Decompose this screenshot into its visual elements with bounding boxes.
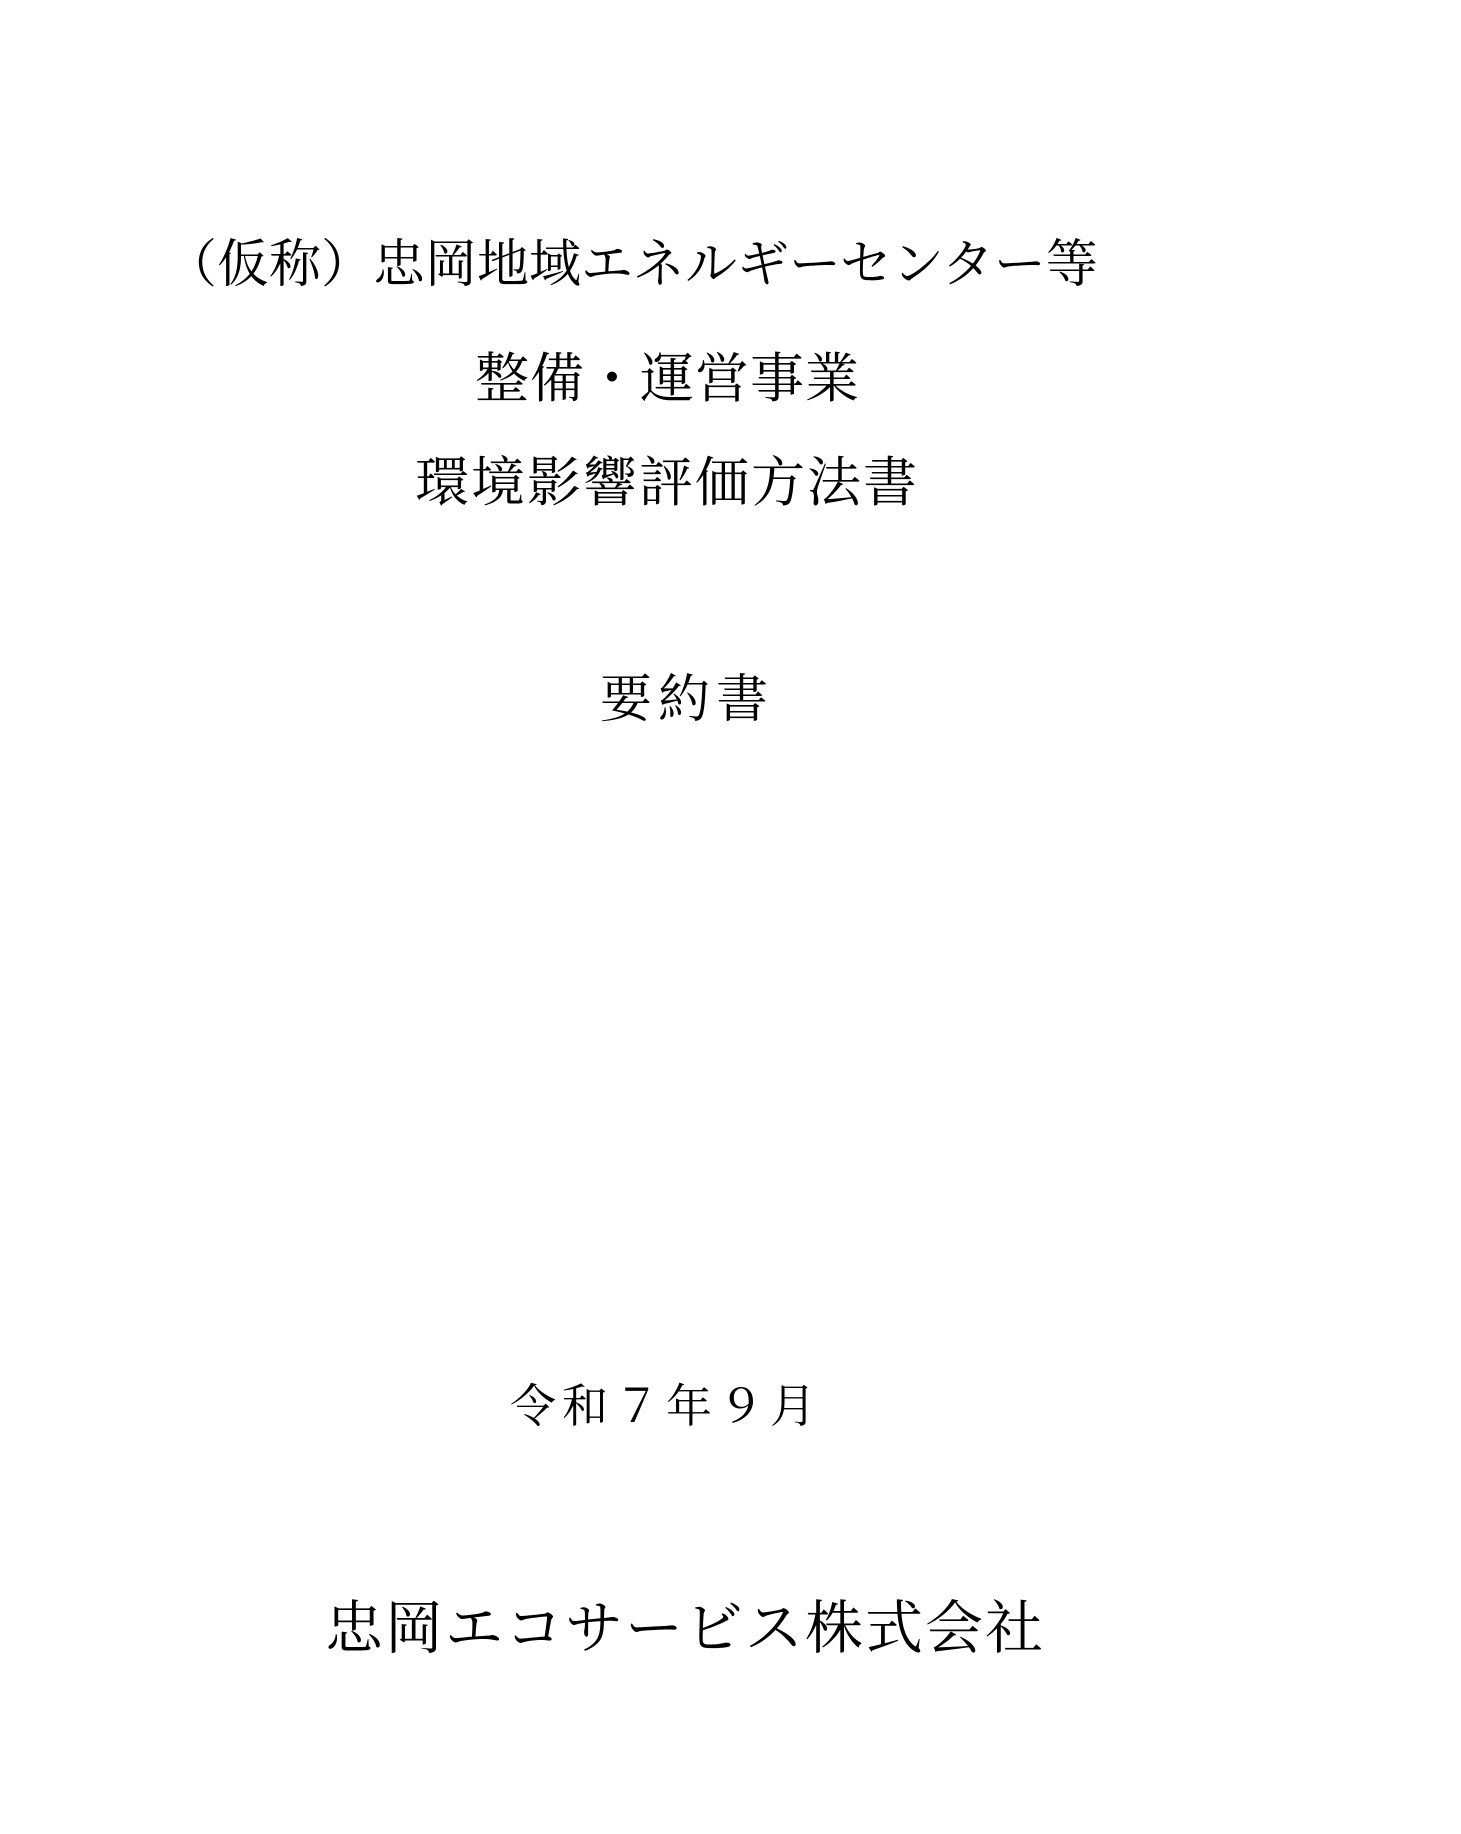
document-title-line-1: （仮称）忠岡地域エネルギーセンター等 (165, 240, 1098, 292)
publication-date: 令和７年９月 (510, 1384, 822, 1430)
document-title-line-3: 環境影響評価方法書 (415, 456, 919, 510)
company-name: 忠岡エコサービス株式会社 (325, 1600, 1045, 1658)
document-title-line-2: 整備・運営事業 (475, 352, 860, 406)
document-subtitle: 要約書 (600, 675, 774, 727)
